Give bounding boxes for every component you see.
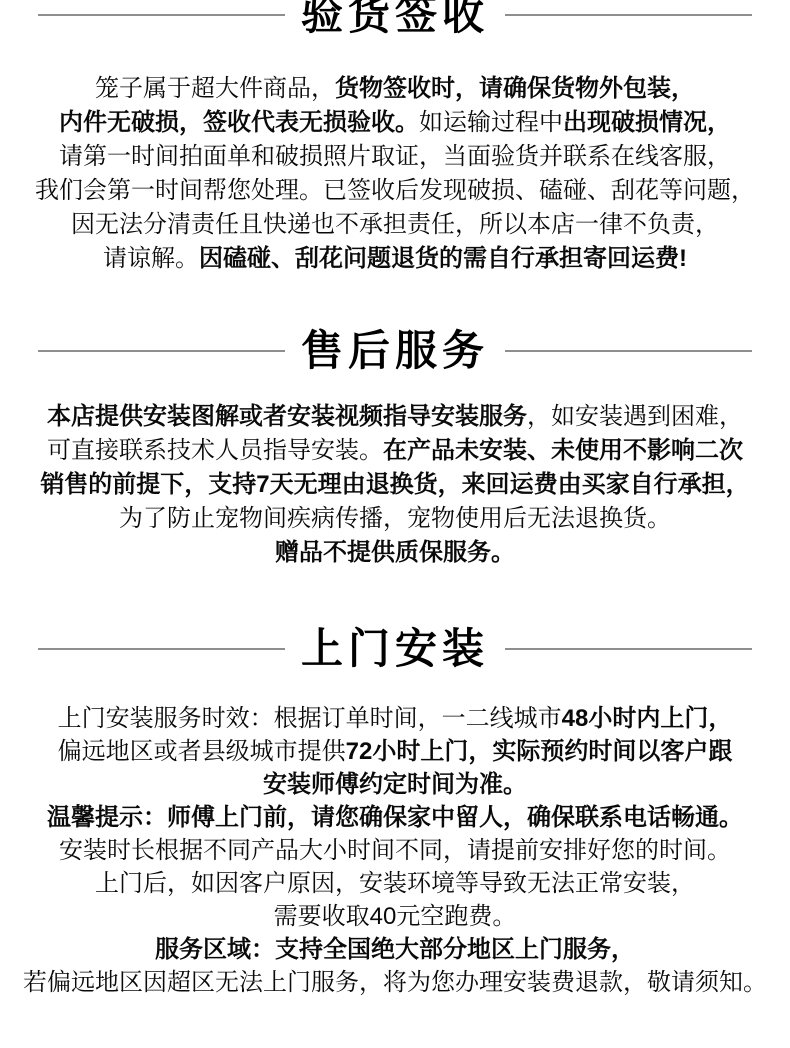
text-line: 为了防止宠物间疾病传播，宠物使用后无法退换货。 — [0, 502, 790, 536]
header-divider-left — [38, 350, 285, 352]
text-line: 上门后，如因客户原因，安装环境等导致无法正常安装， — [0, 867, 790, 900]
text-segment: 偏远地区或者县级城市提供 — [58, 738, 346, 765]
section-inspection-sign-off: 验货签收 笼子属于超大件商品，货物签收时，请确保货物外包装，内件无破损，签收代表… — [0, 0, 790, 276]
text-line: 内件无破损，签收代表无损验收。如运输过程中出现破损情况， — [0, 106, 790, 140]
section-title: 售后服务 — [301, 324, 489, 378]
header-divider-right — [505, 350, 752, 352]
section-after-sales-service: 售后服务 本店提供安装图解或者安装视频指导安装服务，如安装遇到困难，可直接联系技… — [0, 324, 790, 570]
section-body-text: 笼子属于超大件商品，货物签收时，请确保货物外包装，内件无破损，签收代表无损验收。… — [0, 72, 790, 276]
text-line: 我们会第一时间帮您处理。已签收后发现破损、磕碰、刮花等问题， — [0, 174, 790, 208]
text-line: 请谅解。因磕碰、刮花问题退货的需自行承担寄回运费! — [0, 242, 790, 276]
text-line: 赠品不提供质保服务。 — [0, 536, 790, 570]
text-segment: 72小时上门，实际预约时间以客户跟 — [346, 738, 733, 765]
text-segment: 内件无破损，签收代表无损验收。 — [59, 109, 419, 136]
text-line: 上门安装服务时效：根据订单时间，一二线城市48小时内上门， — [0, 702, 790, 735]
text-segment: 请谅解。 — [103, 245, 199, 272]
section-header: 售后服务 — [0, 324, 790, 378]
text-segment: 如运输过程中 — [419, 109, 563, 136]
header-divider-left — [38, 14, 285, 16]
text-line: 安装时长根据不同产品大小时间不同，请提前安排好您的时间。 — [0, 834, 790, 867]
product-detail-service-page: 验货签收 笼子属于超大件商品，货物签收时，请确保货物外包装，内件无破损，签收代表… — [0, 0, 790, 1048]
header-divider-right — [505, 648, 752, 650]
text-line: 请第一时间拍面单和破损照片取证，当面验货并联系在线客服， — [0, 140, 790, 174]
section-title: 验货签收 — [301, 0, 489, 42]
section-header: 上门安装 — [0, 622, 790, 676]
text-line: 温馨提示：师傅上门前，请您确保家中留人，确保联系电话畅通。 — [0, 801, 790, 834]
text-segment: 若偏远地区因超区无法上门服务，将为您办理安装费退款，敬请须知。 — [23, 969, 767, 996]
text-line: 若偏远地区因超区无法上门服务，将为您办理安装费退款，敬请须知。 — [0, 966, 790, 999]
text-line: 安装师傅约定时间为准。 — [0, 768, 790, 801]
text-line: 本店提供安装图解或者安装视频指导安装服务，如安装遇到困难， — [0, 400, 790, 434]
text-segment: 温馨提示：师傅上门前，请您确保家中留人，确保联系电话畅通。 — [47, 804, 743, 831]
text-line: 可直接联系技术人员指导安装。在产品未安装、未使用不影响二次 — [0, 434, 790, 468]
text-segment: 上门安装服务时效：根据订单时间，一二线城市 — [58, 705, 562, 732]
section-on-site-installation: 上门安装 上门安装服务时效：根据订单时间，一二线城市48小时内上门，偏远地区或者… — [0, 622, 790, 999]
text-segment: 因磕碰、刮花问题退货的需自行承担寄回运费! — [199, 245, 687, 272]
text-segment: 我们会第一时间帮您处理。已签收后发现破损、磕碰、刮花等问题， — [35, 177, 755, 204]
text-segment: 本店提供安装图解或者安装视频指导安装服务 — [47, 403, 527, 430]
section-title: 上门安装 — [301, 622, 489, 676]
header-divider-left — [38, 648, 285, 650]
text-segment: 安装时长根据不同产品大小时间不同，请提前安排好您的时间。 — [59, 837, 731, 864]
header-divider-right — [505, 14, 752, 16]
section-header: 验货签收 — [0, 0, 790, 42]
text-line: 笼子属于超大件商品，货物签收时，请确保货物外包装， — [0, 72, 790, 106]
text-line: 销售的前提下，支持7天无理由退换货，来回运费由买家自行承担， — [0, 468, 790, 502]
text-segment: 安装师傅约定时间为准。 — [263, 771, 527, 798]
section-body-text: 本店提供安装图解或者安装视频指导安装服务，如安装遇到困难，可直接联系技术人员指导… — [0, 400, 790, 570]
text-line: 偏远地区或者县级城市提供72小时上门，实际预约时间以客户跟 — [0, 735, 790, 768]
text-segment: 在产品未安装、未使用不影响二次 — [383, 437, 743, 464]
text-segment: 赠品不提供质保服务。 — [275, 539, 515, 566]
text-segment: ，如安装遇到困难， — [527, 403, 743, 430]
text-segment: 48小时内上门， — [562, 705, 733, 732]
text-line: 服务区域：支持全国绝大部分地区上门服务， — [0, 933, 790, 966]
text-segment: 可直接联系技术人员指导安装。 — [47, 437, 383, 464]
text-line: 因无法分清责任且快递也不承担责任，所以本店一律不负责， — [0, 208, 790, 242]
text-segment: 笼子属于超大件商品， — [95, 75, 335, 102]
text-segment: 因无法分清责任且快递也不承担责任，所以本店一律不负责， — [71, 211, 719, 238]
text-segment: 服务区域：支持全国绝大部分地区上门服务， — [155, 936, 635, 963]
text-line: 需要收取40元空跑费。 — [0, 900, 790, 933]
text-segment: 需要收取40元空跑费。 — [274, 903, 517, 930]
text-segment: 销售的前提下，支持7天无理由退换货，来回运费由买家自行承担， — [40, 471, 749, 498]
text-segment: 货物签收时，请确保货物外包装， — [335, 75, 695, 102]
section-body-text: 上门安装服务时效：根据订单时间，一二线城市48小时内上门，偏远地区或者县级城市提… — [0, 702, 790, 999]
text-segment: 上门后，如因客户原因，安装环境等导致无法正常安装， — [95, 870, 695, 897]
text-segment: 为了防止宠物间疾病传播，宠物使用后无法退换货。 — [119, 505, 671, 532]
text-segment: 出现破损情况， — [563, 109, 731, 136]
text-segment: 请第一时间拍面单和破损照片取证，当面验货并联系在线客服， — [59, 143, 731, 170]
